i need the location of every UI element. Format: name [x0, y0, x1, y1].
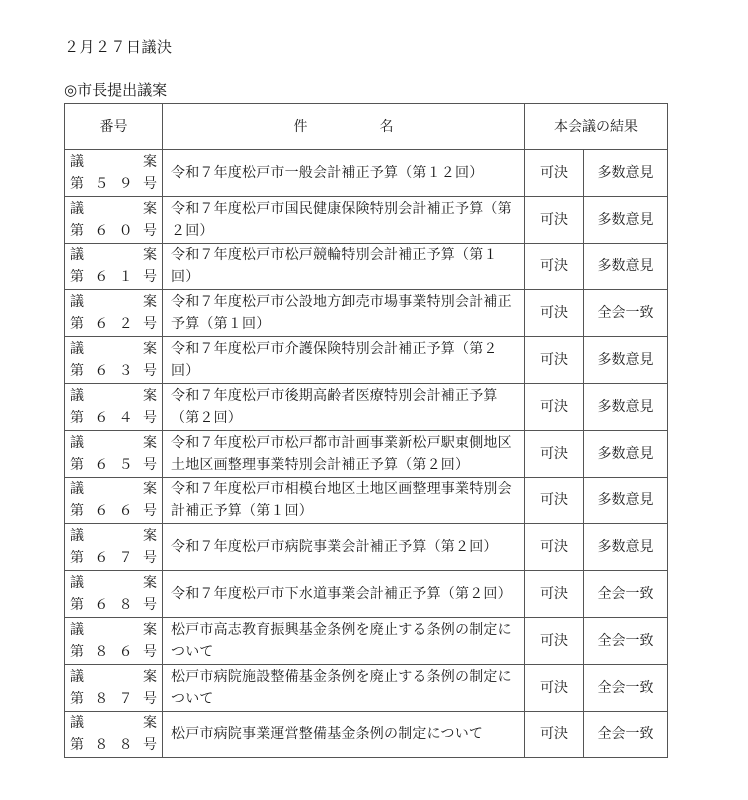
table-row: 議 案 第 ５ ９ 号 令和７年度松戸市一般会計補正予算（第１２回） 可決 多数…: [65, 150, 668, 197]
bill-digit-1: ８: [94, 688, 108, 710]
bill-digit-1: ５: [94, 173, 108, 195]
bill-digit-2: ０: [119, 220, 133, 242]
bill-digit-1: ６: [94, 454, 108, 476]
bill-title-cell: 令和７年度松戸市病院事業会計補正予算（第２回）: [163, 524, 525, 571]
bill-digit-2: ５: [119, 454, 133, 476]
table-row: 議 案 第 ６ １ 号 令和７年度松戸市松戸競輪特別会計補正予算（第１回） 可決…: [65, 243, 668, 290]
header-title-part2: 名: [380, 116, 394, 138]
result-cell: 可決: [525, 150, 584, 197]
bill-digit-1: ６: [94, 547, 108, 569]
bill-go: 号: [143, 173, 157, 195]
bill-title-cell: 松戸市病院施設整備基金条例を廃止する条例の制定について: [163, 664, 525, 711]
table-row: 議 案 第 ８ ７ 号 松戸市病院施設整備基金条例を廃止する条例の制定について …: [65, 664, 668, 711]
table-row: 議 案 第 ８ ８ 号 松戸市病院事業運営整備基金条例の制定について 可決 全会…: [65, 711, 668, 758]
result-cell: 可決: [525, 196, 584, 243]
bill-number-cell: 議 案 第 ６ ７ 号: [65, 524, 163, 571]
result-cell: 可決: [525, 524, 584, 571]
bill-dai: 第: [70, 407, 84, 429]
bill-dai: 第: [70, 360, 84, 382]
vote-cell: 全会一致: [584, 617, 668, 664]
bill-digit-1: ６: [94, 360, 108, 382]
bill-digit-2: ８: [119, 594, 133, 616]
bill-title-cell: 令和７年度松戸市国民健康保険特別会計補正予算（第２回）: [163, 196, 525, 243]
bill-prefix: 議: [70, 338, 84, 360]
bill-suffix: 案: [143, 244, 157, 266]
bill-title-cell: 令和７年度松戸市一般会計補正予算（第１２回）: [163, 150, 525, 197]
table-row: 議 案 第 ６ ８ 号 令和７年度松戸市下水道事業会計補正予算（第２回） 可決 …: [65, 571, 668, 618]
table-header-row: 番号 件 名 本会議の結果: [65, 104, 668, 150]
bill-dai: 第: [70, 266, 84, 288]
bill-go: 号: [143, 688, 157, 710]
bill-suffix: 案: [143, 432, 157, 454]
bill-suffix: 案: [143, 151, 157, 173]
header-title-part1: 件: [294, 116, 308, 138]
bill-prefix: 議: [70, 291, 84, 313]
bill-digit-1: ６: [94, 500, 108, 522]
bill-dai: 第: [70, 454, 84, 476]
bill-title-cell: 令和７年度松戸市松戸競輪特別会計補正予算（第１回）: [163, 243, 525, 290]
bill-title-cell: 松戸市高志教育振興基金条例を廃止する条例の制定について: [163, 617, 525, 664]
bill-digit-1: ６: [94, 266, 108, 288]
bill-title-cell: 令和７年度松戸市下水道事業会計補正予算（第２回）: [163, 571, 525, 618]
bill-prefix: 議: [70, 712, 84, 734]
bill-prefix: 議: [70, 151, 84, 173]
bill-number-cell: 議 案 第 ６ ４ 号: [65, 383, 163, 430]
bill-go: 号: [143, 500, 157, 522]
bill-dai: 第: [70, 500, 84, 522]
result-cell: 可決: [525, 430, 584, 477]
bill-suffix: 案: [143, 338, 157, 360]
bill-number-cell: 議 案 第 ５ ９ 号: [65, 150, 163, 197]
bill-go: 号: [143, 360, 157, 382]
bill-digit-2: ４: [119, 407, 133, 429]
result-cell: 可決: [525, 711, 584, 758]
bill-number-cell: 議 案 第 ８ ６ 号: [65, 617, 163, 664]
bill-digit-1: ８: [94, 641, 108, 663]
bill-prefix: 議: [70, 572, 84, 594]
bill-go: 号: [143, 313, 157, 335]
bill-digit-2: ６: [119, 641, 133, 663]
bill-results-table: 番号 件 名 本会議の結果 議 案 第 ５ ９ 号 令和７年度松戸市一般会計: [64, 103, 668, 758]
bill-number-cell: 議 案 第 ８ ８ 号: [65, 711, 163, 758]
bill-prefix: 議: [70, 432, 84, 454]
vote-cell: 全会一致: [584, 664, 668, 711]
bill-number-cell: 議 案 第 ６ ２ 号: [65, 290, 163, 337]
table-row: 議 案 第 ８ ６ 号 松戸市高志教育振興基金条例を廃止する条例の制定について …: [65, 617, 668, 664]
bill-digit-1: ８: [94, 734, 108, 756]
bill-title-cell: 令和７年度松戸市後期高齢者医療特別会計補正予算（第２回）: [163, 383, 525, 430]
bill-title-cell: 令和７年度松戸市松戸都市計画事業新松戸駅東側地区土地区画整理事業特別会計補正予算…: [163, 430, 525, 477]
vote-cell: 多数意見: [584, 150, 668, 197]
bill-number-cell: 議 案 第 ６ ５ 号: [65, 430, 163, 477]
bill-suffix: 案: [143, 198, 157, 220]
vote-cell: 全会一致: [584, 571, 668, 618]
bill-title-cell: 令和７年度松戸市介護保険特別会計補正予算（第２回）: [163, 337, 525, 384]
bill-suffix: 案: [143, 619, 157, 641]
result-cell: 可決: [525, 337, 584, 384]
vote-cell: 多数意見: [584, 524, 668, 571]
table-row: 議 案 第 ６ ４ 号 令和７年度松戸市後期高齢者医療特別会計補正予算（第２回）…: [65, 383, 668, 430]
bill-go: 号: [143, 266, 157, 288]
result-cell: 可決: [525, 617, 584, 664]
bill-dai: 第: [70, 313, 84, 335]
bill-go: 号: [143, 594, 157, 616]
bill-digit-2: ８: [119, 734, 133, 756]
bill-go: 号: [143, 220, 157, 242]
table-row: 議 案 第 ６ ６ 号 令和７年度松戸市相模台地区土地区画整理事業特別会計補正予…: [65, 477, 668, 524]
result-cell: 可決: [525, 477, 584, 524]
date-heading: ２月２７日議決: [64, 36, 173, 57]
header-title: 件 名: [163, 104, 525, 150]
bill-prefix: 議: [70, 619, 84, 641]
bill-digit-2: １: [119, 266, 133, 288]
bill-prefix: 議: [70, 198, 84, 220]
result-cell: 可決: [525, 383, 584, 430]
bill-dai: 第: [70, 688, 84, 710]
table-row: 議 案 第 ６ ０ 号 令和７年度松戸市国民健康保険特別会計補正予算（第２回） …: [65, 196, 668, 243]
bill-title-cell: 松戸市病院事業運営整備基金条例の制定について: [163, 711, 525, 758]
table-row: 議 案 第 ６ ３ 号 令和７年度松戸市介護保険特別会計補正予算（第２回） 可決…: [65, 337, 668, 384]
bill-prefix: 議: [70, 525, 84, 547]
bill-prefix: 議: [70, 244, 84, 266]
section-title: ◎市長提出議案: [64, 79, 167, 100]
bill-digit-2: ７: [119, 688, 133, 710]
bill-suffix: 案: [143, 291, 157, 313]
vote-cell: 全会一致: [584, 711, 668, 758]
bill-digit-1: ６: [94, 220, 108, 242]
vote-cell: 多数意見: [584, 243, 668, 290]
bill-dai: 第: [70, 547, 84, 569]
table-row: 議 案 第 ６ ７ 号 令和７年度松戸市病院事業会計補正予算（第２回） 可決 多…: [65, 524, 668, 571]
bill-number-cell: 議 案 第 ６ ３ 号: [65, 337, 163, 384]
vote-cell: 多数意見: [584, 196, 668, 243]
bill-go: 号: [143, 454, 157, 476]
bill-go: 号: [143, 547, 157, 569]
bill-title-cell: 令和７年度松戸市公設地方卸売市場事業特別会計補正予算（第１回）: [163, 290, 525, 337]
bill-suffix: 案: [143, 525, 157, 547]
bill-digit-1: ６: [94, 407, 108, 429]
bill-dai: 第: [70, 594, 84, 616]
table-row: 議 案 第 ６ ５ 号 令和７年度松戸市松戸都市計画事業新松戸駅東側地区土地区画…: [65, 430, 668, 477]
bill-prefix: 議: [70, 385, 84, 407]
header-number: 番号: [65, 104, 163, 150]
bill-digit-2: ７: [119, 547, 133, 569]
vote-cell: 多数意見: [584, 430, 668, 477]
bill-dai: 第: [70, 220, 84, 242]
bill-number-cell: 議 案 第 ６ ６ 号: [65, 477, 163, 524]
bill-suffix: 案: [143, 478, 157, 500]
bill-prefix: 議: [70, 666, 84, 688]
bill-digit-2: ６: [119, 500, 133, 522]
vote-cell: 多数意見: [584, 337, 668, 384]
result-cell: 可決: [525, 243, 584, 290]
result-cell: 可決: [525, 664, 584, 711]
bill-digit-2: ２: [119, 313, 133, 335]
bill-suffix: 案: [143, 666, 157, 688]
bill-go: 号: [143, 734, 157, 756]
bill-digit-1: ６: [94, 313, 108, 335]
result-cell: 可決: [525, 290, 584, 337]
bill-dai: 第: [70, 173, 84, 195]
bill-number-cell: 議 案 第 ６ １ 号: [65, 243, 163, 290]
table-row: 議 案 第 ６ ２ 号 令和７年度松戸市公設地方卸売市場事業特別会計補正予算（第…: [65, 290, 668, 337]
bill-number-cell: 議 案 第 ６ ０ 号: [65, 196, 163, 243]
bill-digit-2: ９: [119, 173, 133, 195]
bill-dai: 第: [70, 734, 84, 756]
bill-prefix: 議: [70, 478, 84, 500]
vote-cell: 多数意見: [584, 383, 668, 430]
header-result: 本会議の結果: [525, 104, 668, 150]
vote-cell: 全会一致: [584, 290, 668, 337]
result-cell: 可決: [525, 571, 584, 618]
bill-suffix: 案: [143, 385, 157, 407]
table-body: 議 案 第 ５ ９ 号 令和７年度松戸市一般会計補正予算（第１２回） 可決 多数…: [65, 150, 668, 758]
bill-number-cell: 議 案 第 ８ ７ 号: [65, 664, 163, 711]
bill-digit-2: ３: [119, 360, 133, 382]
bill-dai: 第: [70, 641, 84, 663]
bill-title-cell: 令和７年度松戸市相模台地区土地区画整理事業特別会計補正予算（第１回）: [163, 477, 525, 524]
bill-suffix: 案: [143, 712, 157, 734]
bill-go: 号: [143, 641, 157, 663]
bill-number-cell: 議 案 第 ６ ８ 号: [65, 571, 163, 618]
bill-go: 号: [143, 407, 157, 429]
bill-suffix: 案: [143, 572, 157, 594]
bill-digit-1: ６: [94, 594, 108, 616]
vote-cell: 多数意見: [584, 477, 668, 524]
